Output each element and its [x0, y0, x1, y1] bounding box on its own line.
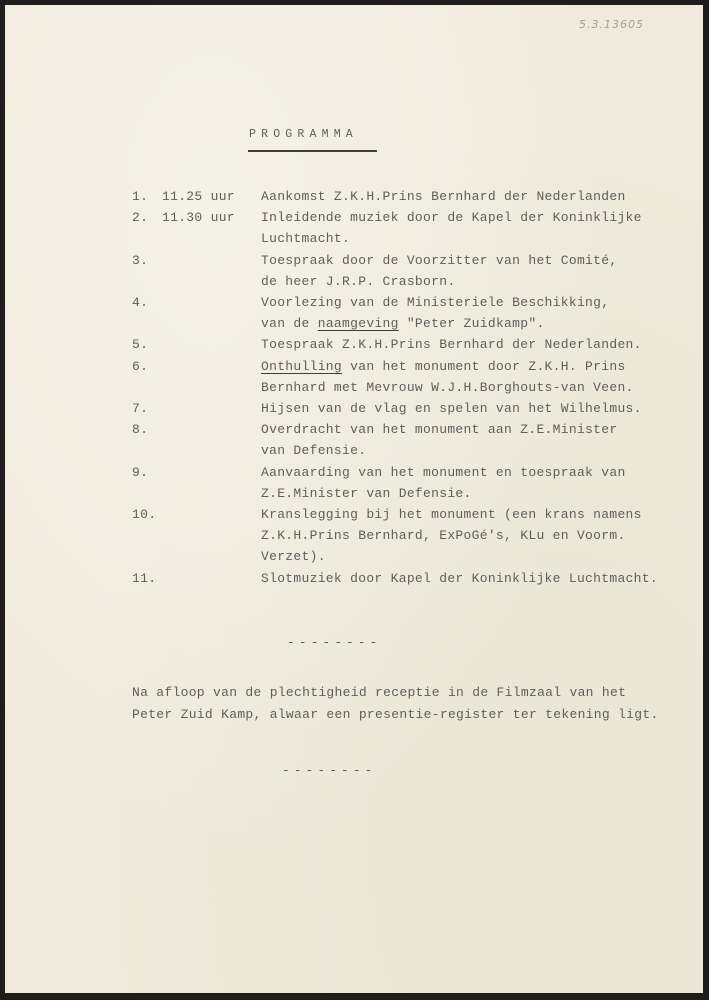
program-item-line: 5.Toespraak Z.K.H.Prins Bernhard der Ned…: [5, 334, 703, 356]
program-item-line: Z.E.Minister van Defensie.: [5, 483, 703, 505]
item-text: de heer J.R.P. Crasborn.: [261, 271, 455, 293]
program-item-line: de heer J.R.P. Crasborn.: [5, 271, 703, 293]
program-item-line: van de naamgeving "Peter Zuidkamp".: [5, 313, 703, 335]
separator-bottom: --------: [282, 763, 376, 778]
item-number: 1.: [132, 186, 148, 208]
program-item-line: 3.Toespraak door de Voorzitter van het C…: [5, 250, 703, 272]
item-text: Overdracht van het monument aan Z.E.Mini…: [261, 419, 617, 441]
document-page: 5.3.13605 PROGRAMMA -------- Na afloop v…: [5, 5, 703, 993]
program-item-line: 7.Hijsen van de vlag en spelen van het W…: [5, 398, 703, 420]
item-time: 11.30 uur: [162, 207, 235, 229]
item-text: van de naamgeving "Peter Zuidkamp".: [261, 313, 545, 335]
underlined-word: Onthulling: [261, 359, 342, 374]
item-text: Inleidende muziek door de Kapel der Koni…: [261, 207, 642, 229]
program-item-line: 11.Slotmuziek door Kapel der Koninklijke…: [5, 568, 703, 590]
item-text: Kranslegging bij het monument (een krans…: [261, 504, 642, 526]
program-item-line: 10.Kranslegging bij het monument (een kr…: [5, 504, 703, 526]
closing-note-line-1: Na afloop van de plechtigheid receptie i…: [132, 682, 626, 704]
item-text: Aankomst Z.K.H.Prins Bernhard der Nederl…: [261, 186, 626, 208]
item-text: Z.K.H.Prins Bernhard, ExPoGé's, KLu en V…: [261, 525, 626, 547]
item-text: Slotmuziek door Kapel der Koninklijke Lu…: [261, 568, 658, 590]
item-text: Toespraak Z.K.H.Prins Bernhard der Neder…: [261, 334, 642, 356]
item-text: Aanvaarding van het monument en toespraa…: [261, 462, 626, 484]
program-item-line: Bernhard met Mevrouw W.J.H.Borghouts-van…: [5, 377, 703, 399]
item-number: 9.: [132, 462, 148, 484]
item-number: 11.: [132, 568, 156, 590]
program-item-line: Verzet).: [5, 546, 703, 568]
item-number: 10.: [132, 504, 156, 526]
program-item-line: 2.11.30 uurInleidende muziek door de Kap…: [5, 207, 703, 229]
item-text: van Defensie.: [261, 440, 366, 462]
underlined-word: naamgeving: [318, 316, 399, 331]
item-text: Hijsen van de vlag en spelen van het Wil…: [261, 398, 642, 420]
program-item-line: 6.Onthulling van het monument door Z.K.H…: [5, 356, 703, 378]
program-item-line: Z.K.H.Prins Bernhard, ExPoGé's, KLu en V…: [5, 525, 703, 547]
program-item-line: 1.11.25 uurAankomst Z.K.H.Prins Bernhard…: [5, 186, 703, 208]
item-text: Verzet).: [261, 546, 326, 568]
closing-note-line-2: Peter Zuid Kamp, alwaar een presentie-re…: [132, 704, 659, 726]
program-item-line: van Defensie.: [5, 440, 703, 462]
item-number: 3.: [132, 250, 148, 272]
item-text: Onthulling van het monument door Z.K.H. …: [261, 356, 626, 378]
program-item-line: Luchtmacht.: [5, 228, 703, 250]
program-item-line: 9.Aanvaarding van het monument en toespr…: [5, 462, 703, 484]
item-text: Toespraak door de Voorzitter van het Com…: [261, 250, 617, 272]
item-number: 6.: [132, 356, 148, 378]
program-item-line: 8.Overdracht van het monument aan Z.E.Mi…: [5, 419, 703, 441]
separator-top: --------: [287, 635, 381, 650]
item-text: Luchtmacht.: [261, 228, 350, 250]
archive-number: 5.3.13605: [579, 18, 644, 31]
item-number: 4.: [132, 292, 148, 314]
title-underline: [248, 150, 377, 152]
item-text: Z.E.Minister van Defensie.: [261, 483, 472, 505]
item-number: 2.: [132, 207, 148, 229]
program-item-line: 4.Voorlezing van de Ministeriele Beschik…: [5, 292, 703, 314]
item-text: Voorlezing van de Ministeriele Beschikki…: [261, 292, 609, 314]
item-number: 8.: [132, 419, 148, 441]
item-text: Bernhard met Mevrouw W.J.H.Borghouts-van…: [261, 377, 634, 399]
page-title: PROGRAMMA: [249, 128, 358, 141]
item-number: 5.: [132, 334, 148, 356]
item-time: 11.25 uur: [162, 186, 235, 208]
item-number: 7.: [132, 398, 148, 420]
